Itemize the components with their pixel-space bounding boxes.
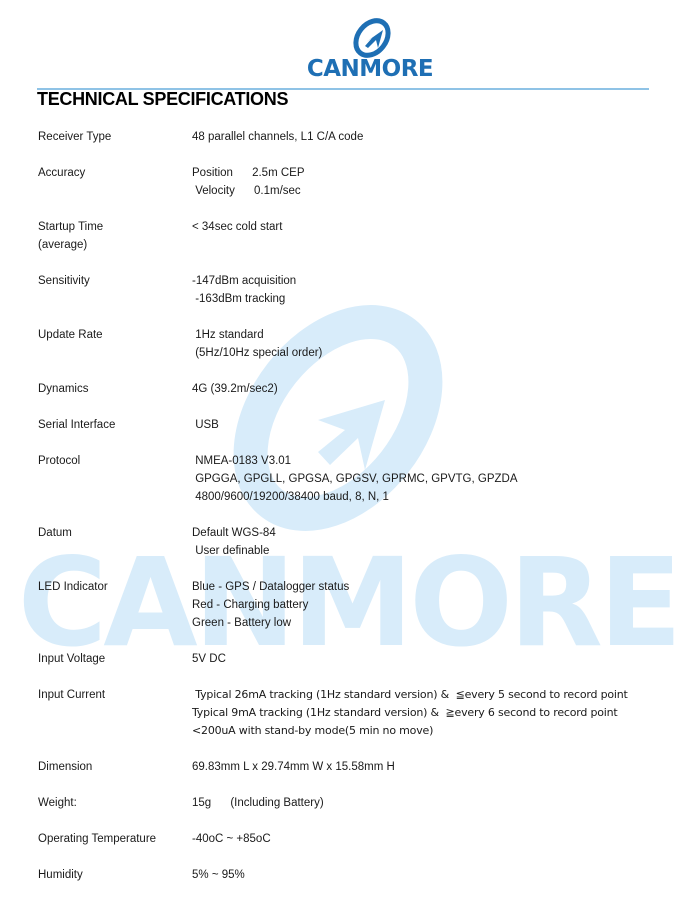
- spec-label-line: Operating Temperature: [38, 830, 156, 848]
- spec-label: Receiver Type: [38, 128, 111, 146]
- spec-label: Serial Interface: [38, 416, 115, 434]
- spec-value: 48 parallel channels, L1 C/A code: [192, 128, 363, 146]
- spec-label: Dimension: [38, 758, 92, 776]
- spec-value-line: -147dBm acquisition: [192, 272, 296, 290]
- spec-label: LED Indicator: [38, 578, 108, 596]
- spec-value: 5V DC: [192, 650, 226, 668]
- spec-value-line: Default WGS-84: [192, 524, 276, 542]
- spec-value-line: 5V DC: [192, 650, 226, 668]
- spec-label: Dynamics: [38, 380, 88, 398]
- spec-value-line: Red - Charging battery: [192, 596, 349, 614]
- spec-value: 69.83mm L x 29.74mm W x 15.58mm H: [192, 758, 395, 776]
- spec-value-line: 1Hz standard: [192, 326, 322, 344]
- spec-label: Sensitivity: [38, 272, 90, 290]
- spec-value-line: 4G (39.2m/sec2): [192, 380, 278, 398]
- spec-label: Humidity: [38, 866, 83, 884]
- spec-value: NMEA-0183 V3.01 GPGGA, GPGLL, GPGSA, GPG…: [192, 452, 518, 506]
- spec-value: -40oC ~ +85oC: [192, 830, 271, 848]
- spec-label: Datum: [38, 524, 72, 542]
- spec-label: Accuracy: [38, 164, 85, 182]
- spec-label-line: Sensitivity: [38, 272, 90, 290]
- spec-label-line: Serial Interface: [38, 416, 115, 434]
- spec-value-line: User definable: [192, 542, 276, 560]
- spec-label: Input Voltage: [38, 650, 105, 668]
- spec-value-line: Position 2.5m CEP: [192, 164, 305, 182]
- spec-label-line: LED Indicator: [38, 578, 108, 596]
- spec-value-line: GPGGA, GPGLL, GPGSA, GPGSV, GPRMC, GPVTG…: [192, 470, 518, 488]
- spec-value: 15g (Including Battery): [192, 794, 324, 812]
- page-title: TECHNICAL SPECIFICATIONS: [37, 89, 288, 110]
- spec-value-line: 69.83mm L x 29.74mm W x 15.58mm H: [192, 758, 395, 776]
- spec-label: Operating Temperature: [38, 830, 156, 848]
- spec-value-line: USB: [192, 416, 219, 434]
- spec-value: Blue - GPS / Datalogger statusRed - Char…: [192, 578, 349, 632]
- spec-label: Input Current: [38, 686, 105, 704]
- spec-label-line: Datum: [38, 524, 72, 542]
- spec-label-line: Input Voltage: [38, 650, 105, 668]
- spec-label-line: Dimension: [38, 758, 92, 776]
- spec-label-line: Accuracy: [38, 164, 85, 182]
- spec-value-line: (5Hz/10Hz special order): [192, 344, 322, 362]
- logo-text: CANMORE: [307, 56, 433, 80]
- spec-label-line: Humidity: [38, 866, 83, 884]
- spec-value-line: 5% ~ 95%: [192, 866, 245, 884]
- spec-label: Startup Time(average): [38, 218, 103, 254]
- spec-value-line: 4800/9600/19200/38400 baud, 8, N, 1: [192, 488, 518, 506]
- spec-value-line: Typical 26mA tracking (1Hz standard vers…: [192, 686, 628, 704]
- spec-value-line: Velocity 0.1m/sec: [192, 182, 305, 200]
- spec-value-line: Blue - GPS / Datalogger status: [192, 578, 349, 596]
- spec-label-line: Receiver Type: [38, 128, 111, 146]
- spec-value: 1Hz standard (5Hz/10Hz special order): [192, 326, 322, 362]
- spec-label: Protocol: [38, 452, 80, 470]
- spec-sheet-page: CANMORE CANMORE TECHNICAL SPECIFICATIONS…: [0, 0, 695, 900]
- spec-label: Weight:: [38, 794, 77, 812]
- spec-value: Typical 26mA tracking (1Hz standard vers…: [192, 686, 628, 740]
- spec-value-line: 48 parallel channels, L1 C/A code: [192, 128, 363, 146]
- spec-value-line: Typical 9mA tracking (1Hz standard versi…: [192, 704, 628, 722]
- spec-value-line: NMEA-0183 V3.01: [192, 452, 518, 470]
- spec-value-line: < 34sec cold start: [192, 218, 282, 236]
- spec-value: USB: [192, 416, 219, 434]
- spec-label-line: Update Rate: [38, 326, 103, 344]
- spec-label-line: Protocol: [38, 452, 80, 470]
- spec-label-line: Weight:: [38, 794, 77, 812]
- spec-value: < 34sec cold start: [192, 218, 282, 236]
- spec-value-line: -163dBm tracking: [192, 290, 296, 308]
- spec-value: 4G (39.2m/sec2): [192, 380, 278, 398]
- spec-label-line: (average): [38, 236, 103, 254]
- spec-label-line: Input Current: [38, 686, 105, 704]
- spec-label: Update Rate: [38, 326, 103, 344]
- spec-value-line: 15g (Including Battery): [192, 794, 324, 812]
- spec-value-line: <200uA with stand-by mode(5 min no move): [192, 722, 628, 740]
- spec-value: Position 2.5m CEP Velocity 0.1m/sec: [192, 164, 305, 200]
- canmore-logo: CANMORE: [290, 18, 450, 80]
- spec-value-line: -40oC ~ +85oC: [192, 830, 271, 848]
- spec-value: Default WGS-84 User definable: [192, 524, 276, 560]
- spec-label-line: Startup Time: [38, 218, 103, 236]
- spec-value: -147dBm acquisition -163dBm tracking: [192, 272, 296, 308]
- spec-label-line: Dynamics: [38, 380, 88, 398]
- spec-value-line: Green - Battery low: [192, 614, 349, 632]
- spec-value: 5% ~ 95%: [192, 866, 245, 884]
